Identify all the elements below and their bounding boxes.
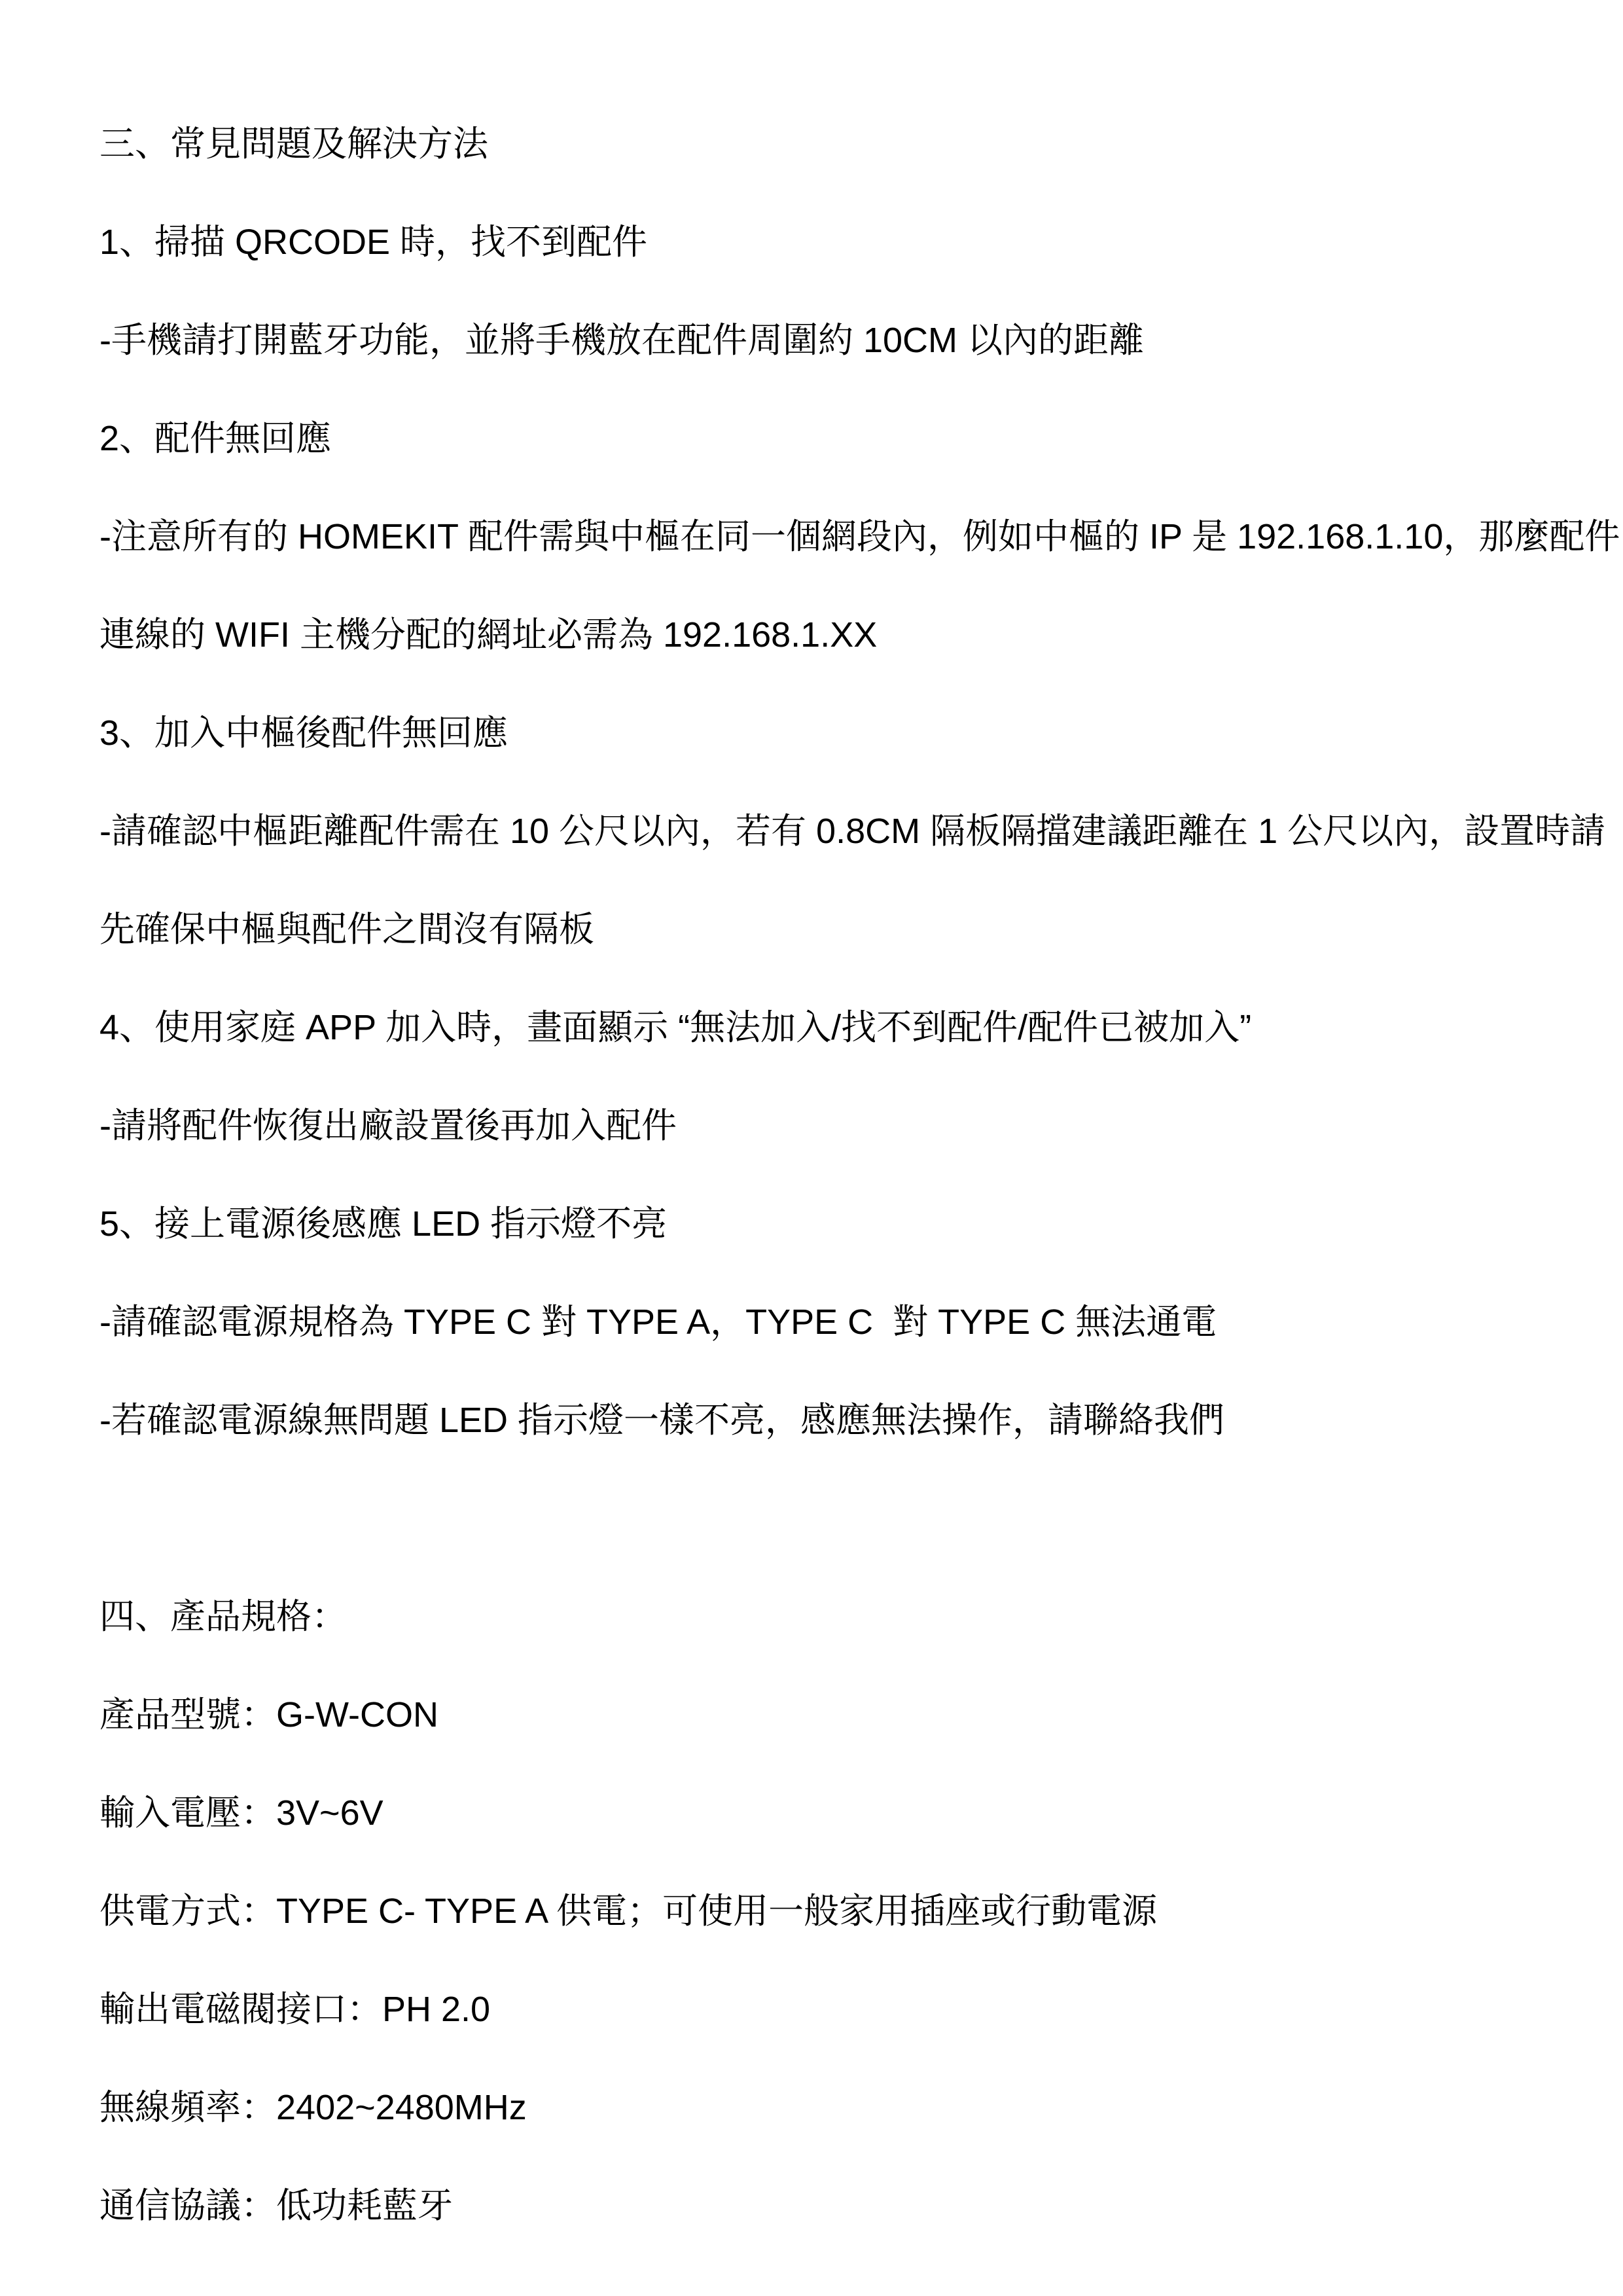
faq-answer-5-line-1: -請確認電源規格為 TYPE C 對 TYPE A，TYPE C 對 TYPE … xyxy=(99,1273,1551,1371)
faq-section-heading: 三、常見問題及解決方法 xyxy=(99,95,1551,193)
manual-text-block: 三、常見問題及解決方法 1、掃描 QRCODE 時，找不到配件 -手機請打開藍牙… xyxy=(99,95,1551,2255)
specs-section-heading: 四、產品規格： xyxy=(99,1568,1551,1666)
faq-answer-1-line-1: -手機請打開藍牙功能，並將手機放在配件周圍約 10CM 以內的距離 xyxy=(99,291,1551,389)
spec-wireless-frequency: 無線頻率：2402~2480MHz xyxy=(99,2058,1551,2157)
section-gap xyxy=(99,1469,1551,1568)
faq-answer-2-line-2: 連線的 WIFI 主機分配的網址必需為 192.168.1.XX xyxy=(99,586,1551,684)
faq-question-3: 3、加入中樞後配件無回應 xyxy=(99,684,1551,782)
faq-question-1: 1、掃描 QRCODE 時，找不到配件 xyxy=(99,193,1551,291)
spec-input-voltage: 輸入電壓：3V~6V xyxy=(99,1764,1551,1862)
faq-answer-2-line-1: -注意所有的 HOMEKIT 配件需與中樞在同一個網段內，例如中樞的 IP 是 … xyxy=(99,488,1551,586)
faq-question-5: 5、接上電源後感應 LED 指示燈不亮 xyxy=(99,1175,1551,1273)
faq-answer-4-line-1: -請將配件恢復出廠設置後再加入配件 xyxy=(99,1077,1551,1175)
faq-answer-3-line-2: 先確保中樞與配件之間沒有隔板 xyxy=(99,880,1551,978)
faq-answer-3-line-1: -請確認中樞距離配件需在 10 公尺以內，若有 0.8CM 隔板隔擋建議距離在 … xyxy=(99,782,1551,880)
faq-question-4: 4、使用家庭 APP 加入時，畫面顯示 “無法加入/找不到配件/配件已被加入” xyxy=(99,978,1551,1077)
spec-power-supply: 供電方式：TYPE C- TYPE A 供電；可使用一般家用插座或行動電源 xyxy=(99,1862,1551,1960)
spec-model-number: 產品型號：G-W-CON xyxy=(99,1666,1551,1764)
manual-page: 三、常見問題及解決方法 1、掃描 QRCODE 時，找不到配件 -手機請打開藍牙… xyxy=(0,0,1623,2296)
spec-solenoid-valve-interface: 輸出電磁閥接口：PH 2.0 xyxy=(99,1960,1551,2058)
faq-question-2: 2、配件無回應 xyxy=(99,389,1551,488)
faq-answer-5-line-2: -若確認電源線無問題 LED 指示燈一樣不亮，感應無法操作，請聯絡我們 xyxy=(99,1371,1551,1469)
spec-communication-protocol: 通信協議：低功耗藍牙 xyxy=(99,2157,1551,2255)
